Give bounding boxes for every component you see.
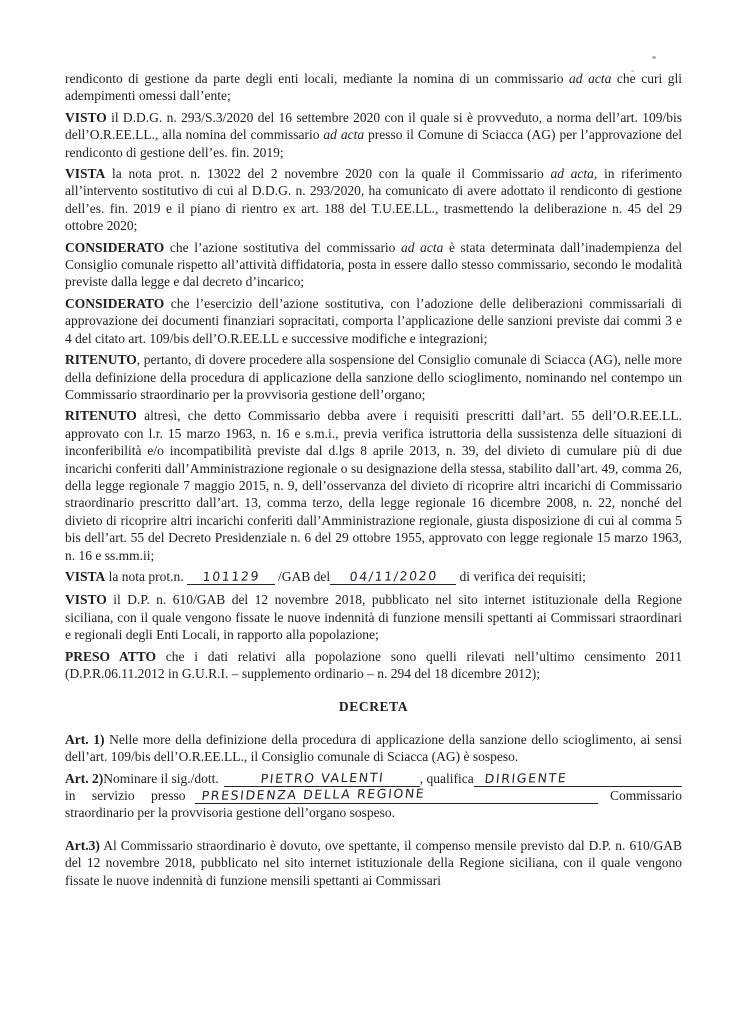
para-preso-atto: PRESO ATTO che i dati relativi alla popo… (65, 648, 682, 683)
para-rendiconto: rendiconto di gestione da parte degli en… (65, 70, 682, 105)
art-3: Art.3) Al Commissario straordinario è do… (65, 837, 682, 889)
text-segment: la nota prot. n. 13022 del 2 novembre 20… (105, 166, 550, 181)
commissario-tail: Commissario (610, 787, 682, 804)
text-segment: /GAB del (275, 569, 331, 584)
text-segment: rendiconto di gestione da parte degli en… (65, 71, 569, 86)
para-considerato-2: CONSIDERATO che l’esercizio dell’azione … (65, 295, 682, 347)
text-segment: VISTA (65, 166, 105, 181)
text-segment: che i dati relativi alla popolazione son… (65, 649, 682, 681)
scan-speck (631, 70, 634, 72)
text-segment: il D.P. n. 610/GAB del 12 novembre 2018,… (65, 592, 682, 642)
qualifica-label: , qualifica (420, 770, 474, 787)
fill-date: 04/11/2020 (330, 569, 456, 585)
para-ritenuto-1: RITENUTO, pertanto, di dovere procedere … (65, 351, 682, 403)
text-segment: che l’azione sostitutiva del commissario (164, 240, 401, 255)
fill-name: PIETRO VALENTI (224, 771, 420, 787)
text-segment: CONSIDERATO (65, 240, 164, 255)
text-segment: , pertanto, di dovere procedere alla sos… (65, 352, 682, 402)
art-2-line1: Art. 2)Nominare il sig./dott.PIETRO VALE… (65, 770, 682, 787)
handwritten-text: 101129 (202, 568, 261, 584)
text-segment: DECRETA (339, 699, 408, 714)
fill-servizio: PRESIDENZA DELLA REGIONE (195, 788, 598, 804)
art-2-line2: in servizio pressoPRESIDENZA DELLA REGIO… (65, 787, 682, 804)
text-segment: RITENUTO (65, 408, 137, 423)
text-segment: ad acta (550, 166, 593, 181)
text-segment: CONSIDERATO (65, 296, 164, 311)
text-segment: PRESO ATTO (65, 649, 156, 664)
document-page: rendiconto di gestione da parte degli en… (0, 0, 744, 1024)
document-body: rendiconto di gestione da parte degli en… (65, 70, 682, 889)
art-2-line3: straordinario per la provvisoria gestion… (65, 804, 682, 821)
handwritten-text: PRESIDENZA DELLA REGIONE (201, 786, 426, 803)
scan-speck (652, 56, 656, 59)
nominare-lead: Nominare il sig./dott. (103, 770, 219, 787)
art-2-label: Art. 2) (65, 770, 103, 787)
text-segment: di verifica dei requisiti; (456, 569, 586, 584)
text-segment: la nota prot.n. (105, 569, 183, 584)
text-segment: Nelle more della definizione della proce… (65, 732, 682, 764)
para-visto-dp: VISTO il D.P. n. 610/GAB del 12 novembre… (65, 591, 682, 643)
handwritten-text: PIETRO VALENTI (260, 769, 385, 785)
para-considerato-1: CONSIDERATO che l’azione sostitutiva del… (65, 239, 682, 291)
text-segment: ad acta (569, 71, 611, 86)
servizio-lead: in servizio presso (65, 787, 185, 804)
text-segment: ad acta (323, 127, 364, 142)
text-segment: altresì, che detto Commissario debba ave… (65, 408, 682, 562)
fill-qualifica: DIRIGENTE (474, 771, 682, 787)
para-vista-nota-13022: VISTA la nota prot. n. 13022 del 2 novem… (65, 165, 682, 235)
text-segment: Art. 1) (65, 732, 104, 747)
para-ritenuto-2: RITENUTO altresì, che detto Commissario … (65, 407, 682, 564)
text-segment: Art.3) (65, 838, 100, 853)
vista-nota-fill-line: VISTA la nota prot.n.101129 /GAB del04/1… (65, 568, 682, 585)
art-1: Art. 1) Nelle more della definizione del… (65, 731, 682, 766)
para-visto-ddg: VISTO il D.D.G. n. 293/S.3/2020 del 16 s… (65, 109, 682, 161)
decreta-heading: DECRETA (65, 698, 682, 715)
fill-prot-number: 101129 (187, 569, 275, 585)
text-segment: ad acta (401, 240, 443, 255)
text-segment: VISTO (65, 592, 107, 607)
text-segment: RITENUTO (65, 352, 137, 367)
handwritten-text: DIRIGENTE (484, 770, 568, 786)
text-segment: VISTO (65, 110, 107, 125)
text-segment: Al Commissario straordinario è dovuto, o… (65, 838, 682, 888)
handwritten-text: 04/11/2020 (349, 568, 439, 584)
text-segment: straordinario per la provvisoria gestion… (65, 805, 395, 820)
text-segment: VISTA (65, 569, 105, 584)
